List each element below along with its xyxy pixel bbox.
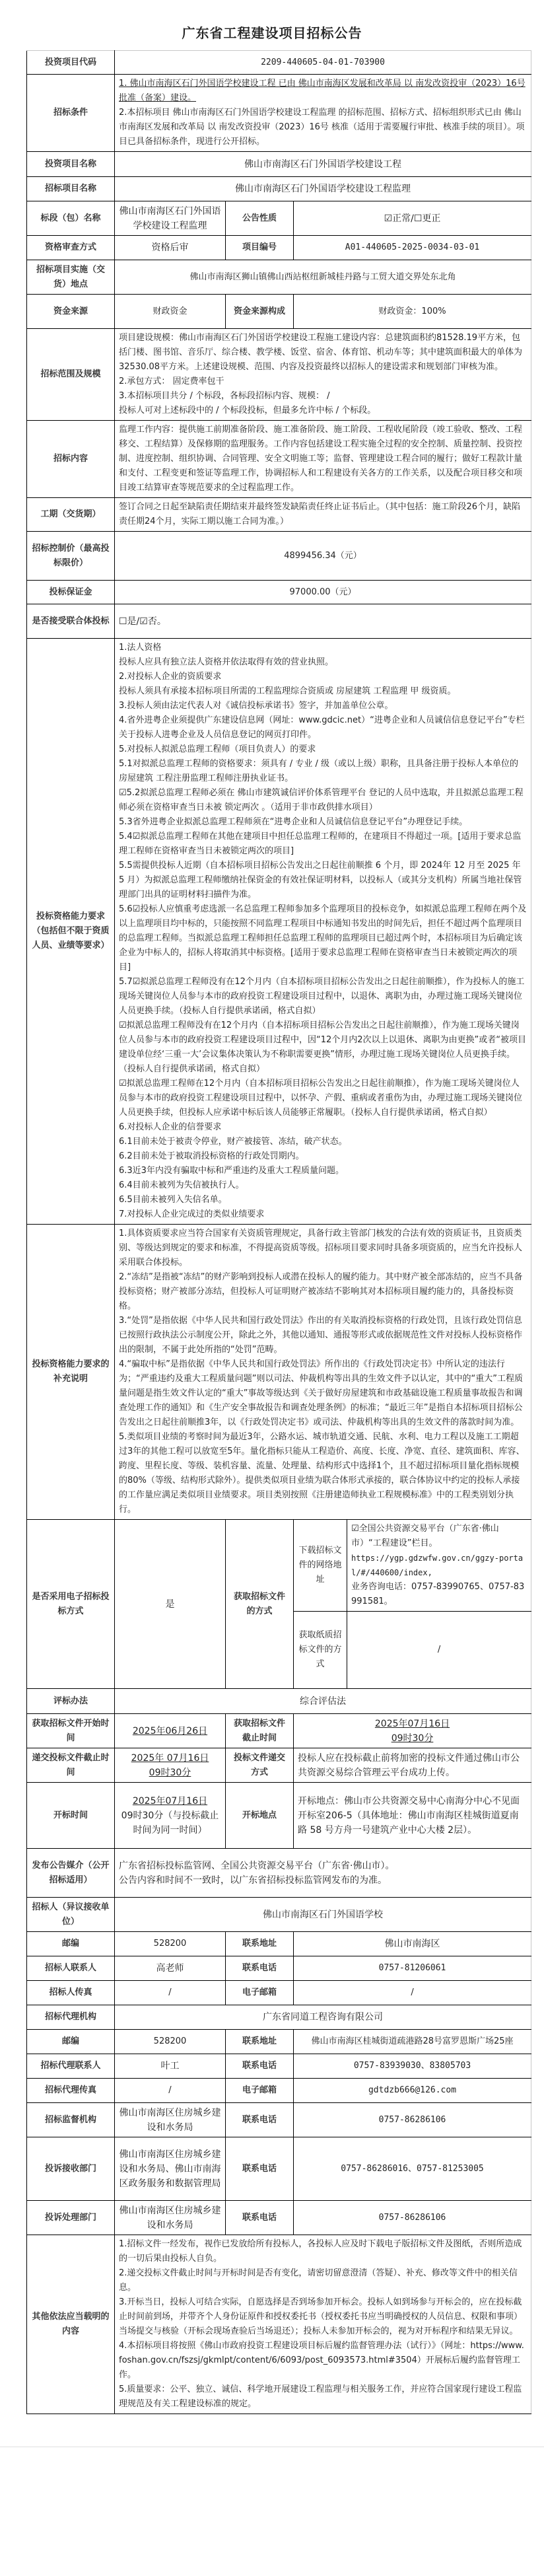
- scope-line: 项目建设规模：佛山市南海区石门外国语学校建设工程施工建设内容：总建筑面积约815…: [119, 331, 527, 375]
- row-complaint-handle: 投诉处理部门 佛山市南海区住房城乡建设和水务局 联系电话 0757-862861…: [27, 2201, 531, 2235]
- row-other: 其他依法应当载明的内容 1.招标文件一经发布，视作已发放给所有投标人，各投标人应…: [27, 2235, 531, 2414]
- supplement-line: 2.“冻结”是指被“冻结”的财产影响到投标人或潜在投标人的履约能力。其中财产被全…: [119, 1270, 527, 1314]
- row-scope: 招标范围及规模 项目建设规模：佛山市南海区石门外国语学校建设工程施工建设内容：总…: [27, 329, 531, 421]
- label-supervision-phone: 联系电话: [226, 2103, 294, 2137]
- row-tenderer: 招标人（异议接收单位） 佛山市南海区石门外国语学校: [27, 1898, 531, 1932]
- value-other: 1.招标文件一经发布，视作已发放给所有投标人，各投标人应及时下载电子版招标文件及…: [115, 2235, 531, 2414]
- page-title: 广东省工程建设项目招标公告: [0, 20, 544, 46]
- requirement-line: 6.3近3年内没有骗取中标和严重违约及重大工程质量问题。: [119, 1164, 527, 1178]
- label-invest-code: 投资项目代码: [27, 51, 115, 75]
- value-supervision: 佛山市南海区住房城乡建设和水务局: [115, 2103, 226, 2137]
- row-location: 招标项目实施（交货）地点 佛山市南海区狮山镇佛山西站枢纽新城桂丹路与工贸大道交界…: [27, 260, 531, 295]
- requirement-line: ☑拟派总监理工程师没有在12个月内（自本招标项目招标公告发出之日起往前顺推），作…: [119, 1019, 527, 1077]
- row-conditions: 招标条件 1. 佛山市南海区石门外国语学校建设工程 已由 佛山市南海区发展和改革…: [27, 75, 531, 152]
- download-platform: ☑全国公共资源交易平台（广东省·佛山市）“工程建设”栏目。: [351, 1522, 527, 1551]
- value-supervision-phone: 0757-86286106: [294, 2103, 531, 2137]
- label-bid-name: 招标项目名称: [27, 177, 115, 201]
- submit-date: 2025年 07月16日: [119, 1751, 221, 1766]
- value-agency-postcode: 528200: [115, 2030, 226, 2054]
- label-complaint-receive-phone: 联系电话: [226, 2137, 294, 2201]
- opening-date: 2025年07月16日: [119, 1794, 221, 1808]
- value-obtain-start: 2025年06月26日: [115, 1714, 226, 1748]
- label-obtain-method: 获取招标文件的方式: [226, 1520, 294, 1689]
- label-tenderer: 招标人（异议接收单位）: [27, 1898, 115, 1932]
- notice-page: 广东省工程建设项目招标公告 投资项目代码 2209-440605-04-01-7…: [0, 0, 544, 2460]
- value-download-address: ☑全国公共资源交易平台（广东省·佛山市）“工程建设”栏目。 https://yg…: [347, 1520, 531, 1612]
- row-content: 招标内容 监理工作内容：提供施工前期准备阶段、施工准备阶段、施工阶段、工程收尾阶…: [27, 421, 531, 498]
- row-agency-post: 邮编 528200 联系地址 佛山市南海区桂城街道疏港路28号富罗恩斯广场25座: [27, 2030, 531, 2054]
- requirement-line: 5.4☑拟派总监理工程师在其他在建项目中担任总监理工程师的，在建项目不得超过一项…: [119, 830, 527, 859]
- download-url-link[interactable]: https://ygp.gdzwfw.gov.cn/ggzy-portal/#/…: [351, 1551, 527, 1580]
- row-period: 工期（交货期） 签订合同之日起至缺陷责任期结束并最终签发缺陷责任终止证书后止。（…: [27, 498, 531, 532]
- value-tenderer-contact: 高老师: [115, 1956, 226, 1981]
- value-tenderer-fax: /: [115, 1981, 226, 2005]
- requirement-line: ☑拟派总监理工程师在12个月内（自本招标项目招标公告发出之日起往前顺推），作为施…: [119, 1077, 527, 1120]
- other-line: 4.本招标项目将按照《佛山市政府投资工程建设项目标后履约监督管理办法（试行）》（…: [119, 2339, 527, 2382]
- media-line: 广东省招标投标监管网、全国公共资源交易平台（广东省·佛山市）。: [119, 1859, 527, 1873]
- label-agency-postcode: 邮编: [27, 2030, 115, 2054]
- label-agency-fax: 招标代理传真: [27, 2079, 115, 2103]
- requirement-line: 1.法人资格: [119, 641, 527, 655]
- value-agency-contact: 叶工: [115, 2054, 226, 2079]
- row-tenderer-contact: 招标人联系人 高老师 联系电话 0757-81206061: [27, 1956, 531, 1981]
- row-supervision: 招标监督机构 佛山市南海区住房城乡建设和水务局 联系电话 0757-862861…: [27, 2103, 531, 2137]
- label-supervision: 招标监督机构: [27, 2103, 115, 2137]
- requirement-line: 2.对投标人企业的资质要求: [119, 670, 527, 684]
- value-control-price: 4899456.34（元）: [115, 532, 531, 581]
- label-content: 招标内容: [27, 421, 115, 498]
- value-tenderer-phone: 0757-81206061: [294, 1956, 531, 1981]
- label-tenderer-fax: 招标人传真: [27, 1981, 115, 2005]
- row-supplement: 投标资格能力要求的补充说明 1.具体资质要求应当符合国家有关资质管理规定，具备行…: [27, 1225, 531, 1520]
- label-tenderer-email: 电子邮箱: [226, 1981, 294, 2005]
- other-line: 3.开标当日，投标人可结合实际，自愿选择是否到场参加开标会。投标人如到场参与开标…: [119, 2295, 527, 2339]
- other-line: 2.递交投标文件截止时间与开标时间是否有变化，请密切留意澄清（答疑）、补充、修改…: [119, 2266, 527, 2295]
- scope-line: 2.承包方式： 固定费率包干: [119, 375, 527, 389]
- row-tenderer-post: 邮编 528200 联系地址 佛山市南海区: [27, 1932, 531, 1956]
- row-control-price: 招标控制价（最高投标限价） 4899456.34（元）: [27, 532, 531, 581]
- row-funding: 资金来源 财政资金 资金来源构成 财政资金：100%: [27, 295, 531, 329]
- requirement-line: 6.对投标人企业的信誉要求: [119, 1120, 527, 1135]
- value-complaint-handle: 佛山市南海区住房城乡建设和水务局: [115, 2201, 226, 2235]
- requirement-line: 6.4目前未被列为失信被执行人。: [119, 1178, 527, 1193]
- value-agency: 广东省同道工程咨询有限公司: [115, 2005, 531, 2030]
- label-agency: 招标代理机构: [27, 2005, 115, 2030]
- requirement-line: 5.1对拟派总监理工程师的资格要求：须具有 / 专业 / 级（或以上级）职称，且…: [119, 757, 527, 786]
- value-complaint-receive-phone: 0757-86286016、0757-81253005: [294, 2137, 531, 2201]
- value-opening-place: 开标地点：佛山市公共资源交易中心南海分中心不见面开标室206-5（具体地址：佛山…: [294, 1783, 531, 1849]
- value-paper-method: /: [347, 1612, 531, 1689]
- label-submit-method: 投标文件递交方式: [226, 1748, 294, 1783]
- submit-time: 09时30分: [119, 1766, 221, 1780]
- value-content: 监理工作内容：提供施工前期准备阶段、施工准备阶段、施工阶段、工程收尾阶段（竣工验…: [115, 421, 531, 498]
- value-requirements: 1.法人资格 投标人应具有独立法人资格并依法取得有效的营业执照。 2.对投标人企…: [115, 639, 531, 1225]
- value-scope: 项目建设规模：佛山市南海区石门外国语学校建设工程施工建设内容：总建筑面积约815…: [115, 329, 531, 421]
- label-project-code: 项目编号: [226, 236, 294, 260]
- label-agency-address: 联系地址: [226, 2030, 294, 2054]
- label-submit-deadline: 递交投标文件截止时间: [27, 1748, 115, 1783]
- scope-line: 投标人可对上述标段中的 / 个标段投标，但最多允许中标 / 个标段。: [119, 404, 527, 418]
- label-invest-name: 投资项目名称: [27, 152, 115, 177]
- media-line: 公告内容和时间不一致时，以广东省招标投标监管网发布的为准。: [119, 1873, 527, 1888]
- value-opening-time: 2025年07月16日 09时30分（与投标截止时间为同一时间）: [115, 1783, 226, 1849]
- value-agency-address: 佛山市南海区桂城街道疏港路28号富罗恩斯广场25座: [294, 2030, 531, 2054]
- condition-line-2: 2.本招标项目 佛山市南海区石门外国语学校建设工程监理 的招标范围、招标方式、招…: [119, 106, 527, 149]
- value-complaint-handle-phone: 0757-86286106: [294, 2201, 531, 2235]
- value-period: 签订合同之日起至缺陷责任期结束并最终签发缺陷责任终止证书后止。（其中包括：施工阶…: [115, 498, 531, 532]
- value-electronic: 是: [115, 1520, 226, 1689]
- value-conditions: 1. 佛山市南海区石门外国语学校建设工程 已由 佛山市南海区发展和改革局 以 南…: [115, 75, 531, 152]
- requirement-line: 5.对投标人拟派总监理工程师（项目负责人）的要求: [119, 742, 527, 757]
- label-evaluation: 评标办法: [27, 1689, 115, 1714]
- label-supplement: 投标资格能力要求的补充说明: [27, 1225, 115, 1520]
- row-consortium: 是否接受联合体投标 ☐是/☑否。: [27, 604, 531, 639]
- label-paper-method: 获取纸质招标文件的方式: [294, 1612, 347, 1689]
- label-tenderer-phone: 联系电话: [226, 1956, 294, 1981]
- label-tenderer-postcode: 邮编: [27, 1932, 115, 1956]
- row-tenderer-fax: 招标人传真 / 电子邮箱 /: [27, 1981, 531, 2005]
- row-section: 标段（包）名称 佛山市南海区石门外国语学校建设工程监理 公告性质 ☑正常/☐更正: [27, 201, 531, 236]
- label-location: 招标项目实施（交货）地点: [27, 260, 115, 295]
- supplement-line: 1.具体资质要求应当符合国家有关资质管理规定，具备行政主管部门核发的合法有效的资…: [119, 1227, 527, 1270]
- row-invest-name: 投资项目名称 佛山市南海区石门外国语学校建设工程: [27, 152, 531, 177]
- download-consult-phone: 业务咨询电话：0757-83990765、0757-83991581。: [351, 1580, 527, 1609]
- scope-line: 3.本招标项目共分 / 个标段，各标段招标内容、规模： /: [119, 389, 527, 404]
- condition-line-1: 1. 佛山市南海区石门外国语学校建设工程 已由 佛山市南海区发展和改革局 以 南…: [119, 77, 527, 106]
- row-agency-contact: 招标代理联系人 叶工 联系电话 0757-83939030、83805703: [27, 2054, 531, 2079]
- label-funding-composition: 资金来源构成: [226, 295, 294, 329]
- value-agency-email: gdtdzb666@126.com: [294, 2079, 531, 2103]
- row-deposit: 投标保证金 97000.00（元）: [27, 581, 531, 604]
- value-agency-fax: /: [115, 2079, 226, 2103]
- row-qualification: 资格审查方式 资格后审 项目编号 A01-440605-2025-0034-03…: [27, 236, 531, 260]
- requirement-line: 6.2目前未处于被取消投标资格的行政处罚期内。: [119, 1149, 527, 1164]
- value-agency-phone: 0757-83939030、83805703: [294, 2054, 531, 2079]
- requirement-line: 4.省外进粤企业须提供广东建设信息网（网址：www.gdcic.net）“进粤企…: [119, 713, 527, 742]
- value-section: 佛山市南海区石门外国语学校建设工程监理: [115, 201, 226, 236]
- label-deposit: 投标保证金: [27, 581, 115, 604]
- supplement-line: 5.类似项目业绩的考察时间为最近3年，公路水运、城市轨道交通、民航、水利、电力工…: [119, 1430, 527, 1517]
- value-project-code: A01-440605-2025-0034-03-01: [294, 236, 531, 260]
- requirement-line: 5.6☑投标人应慎重考虑选派一名总监理工程师参加多个监理项目的投标竞争，如拟派总…: [119, 902, 527, 975]
- label-control-price: 招标控制价（最高投标限价）: [27, 532, 115, 581]
- label-complaint-receive: 投诉接收部门: [27, 2137, 115, 2201]
- label-complaint-handle-phone: 联系电话: [226, 2201, 294, 2235]
- value-submit-deadline: 2025年 07月16日 09时30分: [115, 1748, 226, 1783]
- supplement-line: 4.“骗取中标”是指依据《中华人民共和国行政处罚法》所作出的《行政处罚决定书》中…: [119, 1357, 527, 1430]
- row-requirements: 投标资格能力要求（包括但不限于资质人员、业绩等要求） 1.法人资格 投标人应具有…: [27, 639, 531, 1225]
- label-tenderer-address: 联系地址: [226, 1932, 294, 1956]
- label-opening-time: 开标时间: [27, 1783, 115, 1849]
- requirement-line: 7.对投标人企业完成过的类似业绩要求: [119, 1207, 527, 1222]
- obtain-end-time: 09时30分: [298, 1731, 527, 1746]
- value-invest-name: 佛山市南海区石门外国语学校建设工程: [115, 152, 531, 177]
- label-electronic: 是否采用电子招标投标方式: [27, 1520, 115, 1689]
- requirement-line: 投标人应具有独立法人资格并依法取得有效的营业执照。: [119, 655, 527, 670]
- label-complaint-handle: 投诉处理部门: [27, 2201, 115, 2235]
- value-funding: 财政资金: [115, 295, 226, 329]
- label-obtain-start: 获取招标文件开始时间: [27, 1714, 115, 1748]
- value-media: 广东省招标投标监管网、全国公共资源交易平台（广东省·佛山市）。 公告内容和时间不…: [115, 1849, 531, 1898]
- label-agency-email: 电子邮箱: [226, 2079, 294, 2103]
- value-complaint-receive: 佛山市南海区住房城乡建设和水务局、佛山市南海区政务服务和数据管理局: [115, 2137, 226, 2201]
- row-invest-code: 投资项目代码 2209-440605-04-01-703900: [27, 51, 531, 75]
- requirement-line: 投标人须具有承接本招标项目所需的工程监理综合资质或 房屋建筑 工程监理 甲 级资…: [119, 684, 527, 699]
- value-funding-composition: 财政资金：100%: [294, 295, 531, 329]
- label-obtain-end: 获取招标文件截止时间: [226, 1714, 294, 1748]
- label-notice-nature: 公告性质: [226, 201, 294, 236]
- row-bid-name: 招标项目名称 佛山市南海区石门外国语学校建设工程监理: [27, 177, 531, 201]
- row-evaluation: 评标办法 综合评估法: [27, 1689, 531, 1714]
- requirement-line: 5.5需提供投标人近期（自本招标项目招标公告发出之日起往前顺推 6 个月，即 2…: [119, 859, 527, 902]
- opening-time: 09时30分（与投标截止时间为同一时间）: [119, 1808, 221, 1838]
- value-notice-nature: ☑正常/☐更正: [294, 201, 531, 236]
- label-agency-contact: 招标代理联系人: [27, 2054, 115, 2079]
- value-consortium: ☐是/☑否。: [115, 604, 531, 639]
- label-qualification: 资格审查方式: [27, 236, 115, 260]
- row-agency: 招标代理机构 广东省同道工程咨询有限公司: [27, 2005, 531, 2030]
- label-media: 发布公告媒介（公开招标适用）: [27, 1849, 115, 1898]
- value-deposit: 97000.00（元）: [115, 581, 531, 604]
- row-obtain-time: 获取招标文件开始时间 2025年06月26日 获取招标文件截止时间 2025年0…: [27, 1714, 531, 1748]
- row-opening: 开标时间 2025年07月16日 09时30分（与投标截止时间为同一时间） 开标…: [27, 1783, 531, 1849]
- value-submit-method: 投标人应在投标截止前将加密的投标文件通过佛山市公共资源交易综合管理云平台成功上传…: [294, 1748, 531, 1783]
- label-conditions: 招标条件: [27, 75, 115, 152]
- row-electronic: 是否采用电子招标投标方式 是 获取招标文件的方式 下载招标文件的网络地址 ☑全国…: [27, 1520, 531, 1612]
- value-supplement: 1.具体资质要求应当符合国家有关资质管理规定，具备行政主管部门核发的合法有效的资…: [115, 1225, 531, 1520]
- other-line: 1.招标文件一经发布，视作已发放给所有投标人，各投标人应及时下载电子版招标文件及…: [119, 2237, 527, 2266]
- value-obtain-end: 2025年07月16日 09时30分: [294, 1714, 531, 1748]
- label-download-address: 下载招标文件的网络地址: [294, 1520, 347, 1612]
- row-complaint-receive: 投诉接收部门 佛山市南海区住房城乡建设和水务局、佛山市南海区政务服务和数据管理局…: [27, 2137, 531, 2201]
- notice-table: 投资项目代码 2209-440605-04-01-703900 招标条件 1. …: [26, 50, 531, 2414]
- value-tenderer-email: /: [294, 1981, 531, 2005]
- requirement-line: 6.1目前未处于被责令停业，财产被接管、冻结，破产状态。: [119, 1135, 527, 1149]
- value-tenderer-address: 佛山市南海区: [294, 1932, 531, 1956]
- label-period: 工期（交货期）: [27, 498, 115, 532]
- supplement-line: 3.“处罚”是指依据《中华人民共和国行政处罚法》作出的有关取消投标资格的行政处罚…: [119, 1314, 527, 1357]
- row-submit: 递交投标文件截止时间 2025年 07月16日 09时30分 投标文件递交方式 …: [27, 1748, 531, 1783]
- label-tenderer-contact: 招标人联系人: [27, 1956, 115, 1981]
- requirement-line: ☑5.2拟派总监理工程师必须在 佛山市建筑诚信评价体系管理平台 登记的人员中选取…: [119, 786, 527, 815]
- value-qualification: 资格后审: [115, 236, 226, 260]
- value-evaluation: 综合评估法: [115, 1689, 531, 1714]
- label-consortium: 是否接受联合体投标: [27, 604, 115, 639]
- label-opening-place: 开标地点: [226, 1783, 294, 1849]
- label-agency-phone: 联系电话: [226, 2054, 294, 2079]
- label-requirements: 投标资格能力要求（包括但不限于资质人员、业绩等要求）: [27, 639, 115, 1225]
- requirement-line: 6.5目前未被列入失信名单。: [119, 1193, 527, 1207]
- value-invest-code: 2209-440605-04-01-703900: [115, 51, 531, 75]
- requirement-line: 3.投标人须由法定代表人对《诚信投标承诺书》签字，并加盖单位公章。: [119, 699, 527, 713]
- row-agency-fax: 招标代理传真 / 电子邮箱 gdtdzb666@126.com: [27, 2079, 531, 2103]
- row-media: 发布公告媒介（公开招标适用） 广东省招标投标监管网、全国公共资源交易平台（广东省…: [27, 1849, 531, 1898]
- value-bid-name: 佛山市南海区石门外国语学校建设工程监理: [115, 177, 531, 201]
- other-line: 5.质量要求：公平、独立、诚信、科学地开展建设工程监理与相关服务工作，并应符合国…: [119, 2382, 527, 2412]
- requirement-line: 5.3省外进粤企业拟派总监理工程师须在“进粤企业和人员诚信信息登记平台”办理登记…: [119, 815, 527, 830]
- value-tenderer: 佛山市南海区石门外国语学校: [115, 1898, 531, 1932]
- value-location: 佛山市南海区狮山镇佛山西站枢纽新城桂丹路与工贸大道交界处东北角: [115, 260, 531, 295]
- label-scope: 招标范围及规模: [27, 329, 115, 421]
- requirement-line: 5.7☑拟派总监理工程师没有在12个月内（自本招标项目招标公告发出之日起往前顺推…: [119, 975, 527, 1019]
- obtain-end-date: 2025年07月16日: [298, 1717, 527, 1731]
- label-section: 标段（包）名称: [27, 201, 115, 236]
- label-other: 其他依法应当载明的内容: [27, 2235, 115, 2414]
- footer-divider: [0, 2447, 544, 2447]
- value-tenderer-postcode: 528200: [115, 1932, 226, 1956]
- label-funding: 资金来源: [27, 295, 115, 329]
